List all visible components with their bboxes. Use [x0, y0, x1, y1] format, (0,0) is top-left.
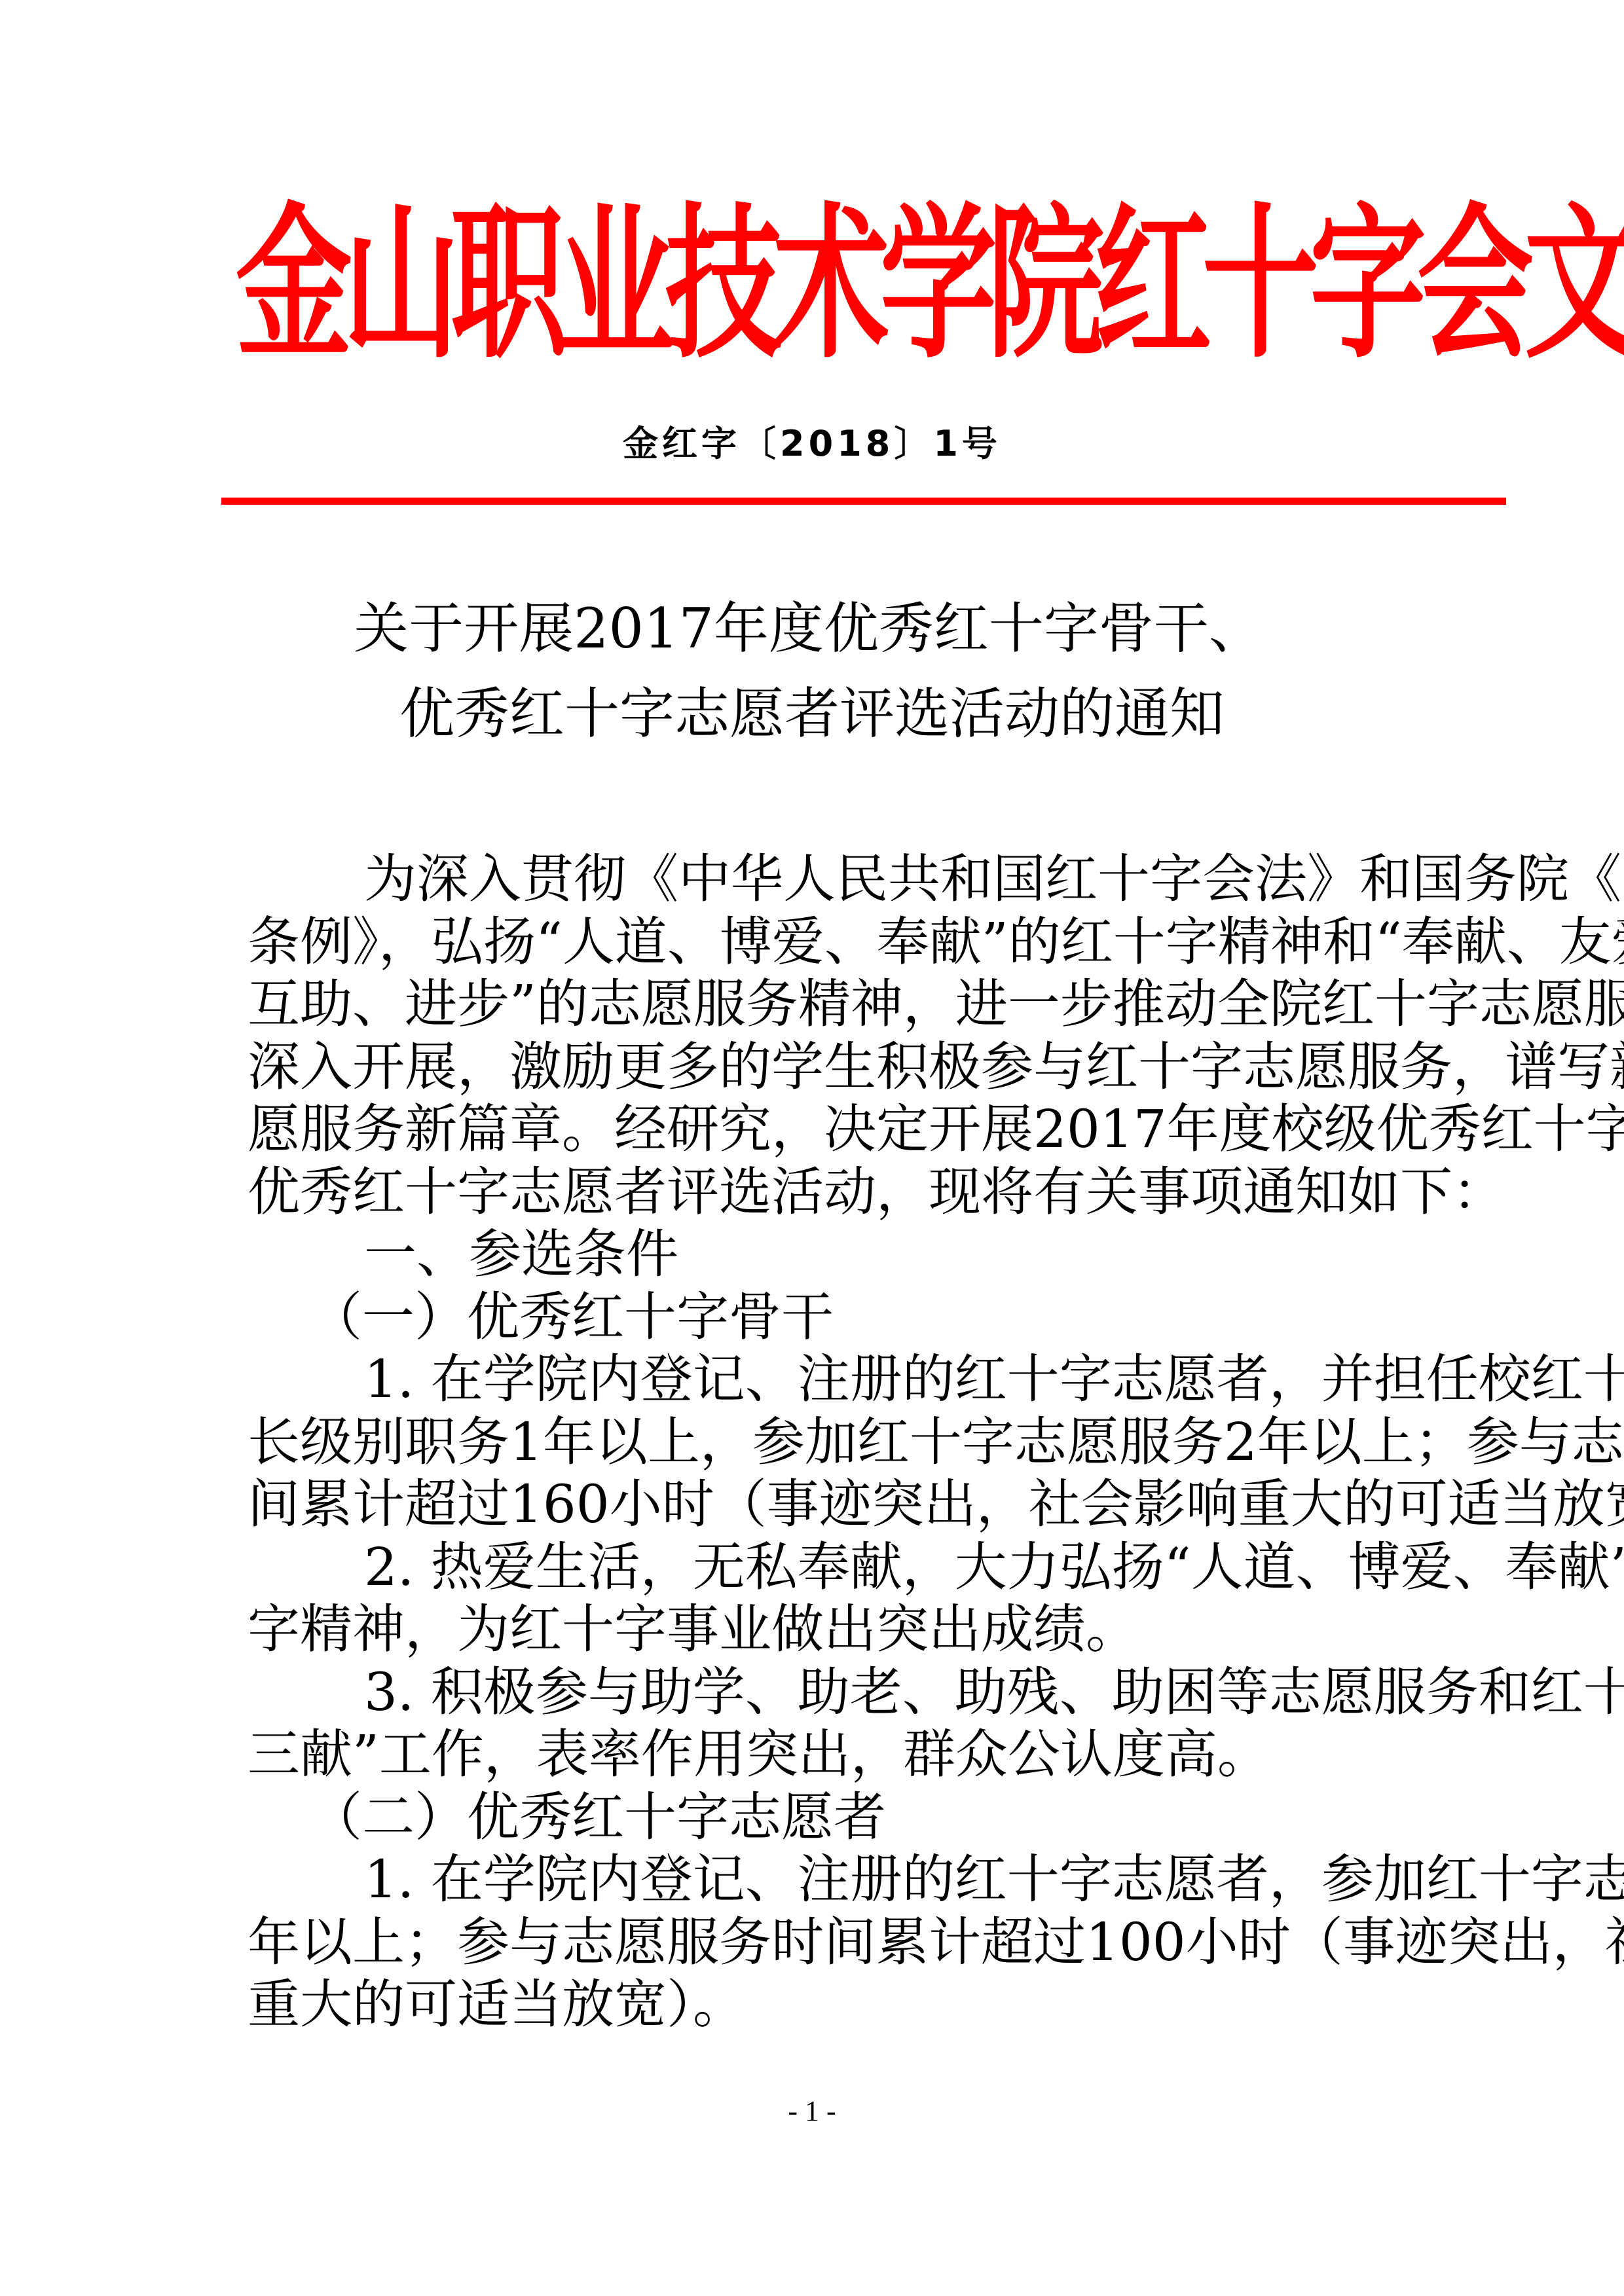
- list-item-continuation: 间累计超过160小时（事迹突出，社会影响重大的可适当放宽）。: [248, 1473, 1377, 1536]
- notice-body: 为深入贯彻《中华人民共和国红十字会法》和国务院《志愿服务 条例》，弘扬“人道、博…: [248, 848, 1377, 2036]
- document-number: 金红字〔2018〕1号: [0, 418, 1624, 470]
- list-item: 2. 热爱生活，无私奉献，大力弘扬“人道、博爱、奉献”的红十: [248, 1536, 1377, 1599]
- subsection-heading-backbone: （一）优秀红十字骨干: [248, 1286, 1377, 1349]
- list-item: 1. 在学院内登记、注册的红十字志愿者，参加红十字志愿服务1: [248, 1848, 1377, 1911]
- body-paragraph-line: 优秀红十字志愿者评选活动，现将有关事项通知如下：: [248, 1161, 1377, 1224]
- notice-title: 关于开展2017年度优秀红十字骨干、 优秀红十字志愿者评选活动的通知: [0, 586, 1624, 756]
- document-page: 金山职业技术学院红十字会文件 金红字〔2018〕1号 关于开展2017年度优秀红…: [0, 0, 1624, 2296]
- list-item-continuation: 三献”工作，表率作用突出，群众公认度高。: [248, 1723, 1377, 1786]
- notice-title-line-2: 优秀红十字志愿者评选活动的通知: [0, 671, 1624, 756]
- body-paragraph-line: 深入开展，激励更多的学生积极参与红十字志愿服务，谱写新时代志: [248, 1036, 1377, 1099]
- organization-title: 金山职业技术学院红十字会文件: [236, 150, 1460, 420]
- body-paragraph-line: 为深入贯彻《中华人民共和国红十字会法》和国务院《志愿服务: [248, 848, 1377, 911]
- section-heading-conditions: 一、参选条件: [248, 1223, 1377, 1286]
- list-item: 3. 积极参与助学、助老、助残、助困等志愿服务和红十字“三救: [248, 1661, 1377, 1724]
- body-paragraph-line: 条例》，弘扬“人道、博爱、奉献”的红十字精神和“奉献、友爱、: [248, 911, 1377, 974]
- page-number: - 1 -: [0, 2092, 1624, 2131]
- notice-title-line-1: 关于开展2017年度优秀红十字骨干、: [0, 586, 1624, 671]
- list-item: 1. 在学院内登记、注册的红十字志愿者，并担任校红十字会副组: [248, 1348, 1377, 1411]
- list-item-continuation: 重大的可适当放宽）。: [248, 1973, 1377, 2036]
- body-paragraph-line: 愿服务新篇章。经研究，决定开展2017年度校级优秀红十字骨干、: [248, 1098, 1377, 1161]
- body-paragraph-line: 互助、进步”的志愿服务精神，进一步推动全院红十字志愿服务工作: [248, 973, 1377, 1036]
- list-item-continuation: 长级别职务1年以上，参加红十字志愿服务2年以上；参与志愿服务时: [248, 1411, 1377, 1474]
- list-item-continuation: 年以上；参与志愿服务时间累计超过100小时（事迹突出，社会影响: [248, 1911, 1377, 1974]
- red-divider-line: [221, 498, 1506, 505]
- list-item-continuation: 字精神，为红十字事业做出突出成绩。: [248, 1598, 1377, 1661]
- subsection-heading-volunteer: （二）优秀红十字志愿者: [248, 1786, 1377, 1849]
